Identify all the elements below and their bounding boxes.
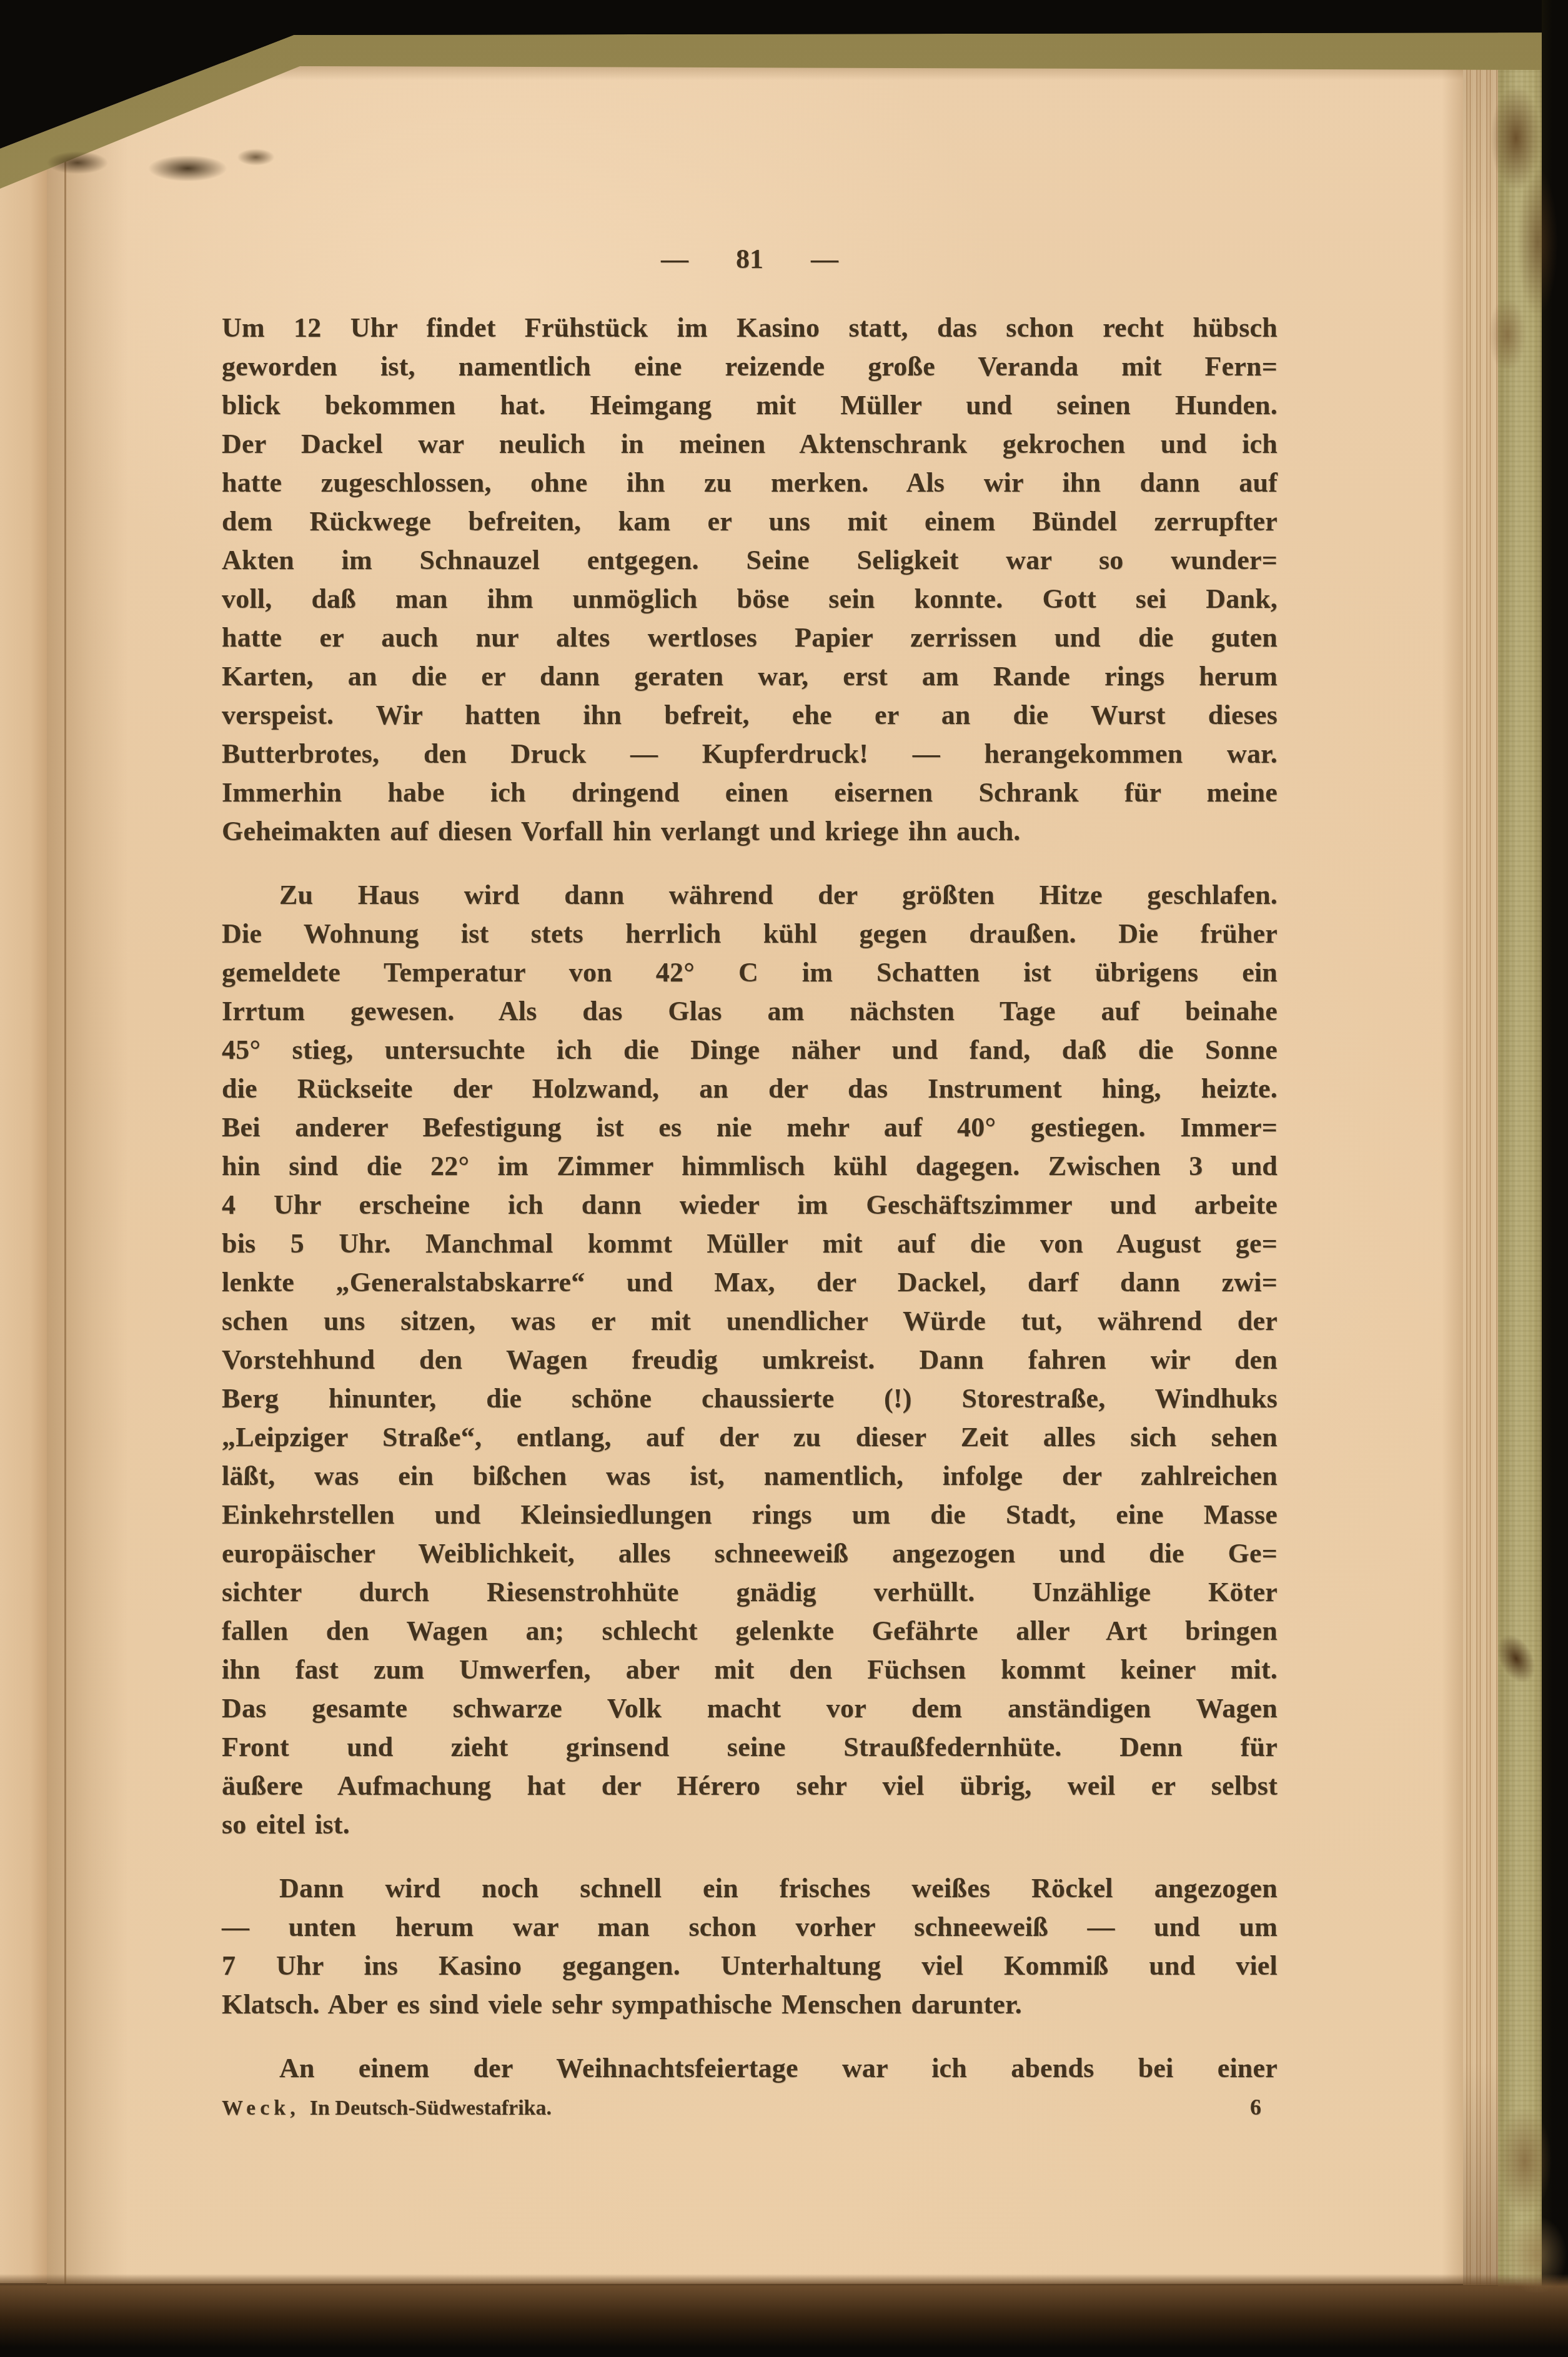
header-dash-left: — xyxy=(661,240,688,279)
text-line: läßt, was ein bißchen was ist, namentlic… xyxy=(222,1457,1278,1496)
text-line: Vorstehhund den Wagen freudig umkreist. … xyxy=(222,1341,1278,1379)
text-line: schen uns sitzen, was er mit unendlicher… xyxy=(222,1302,1278,1341)
text-line: dem Rückwege befreiten, kam er uns mit e… xyxy=(222,502,1278,541)
gutter-line xyxy=(64,62,66,2284)
footer-work-title: In Deutsch-Südwestafrika. xyxy=(310,2096,552,2120)
text-line: Bei anderer Befestigung ist es nie mehr … xyxy=(222,1108,1278,1147)
text-line: Das gesamte schwarze Volk macht vor dem … xyxy=(222,1689,1278,1728)
text-line: fallen den Wagen an; schlecht gelenkte G… xyxy=(222,1612,1278,1650)
facing-page-sliver xyxy=(0,94,50,2283)
text-line: hatte er auch nur altes wertloses Papier… xyxy=(222,618,1278,657)
text-line: blick bekommen hat. Heimgang mit Müller … xyxy=(222,386,1278,425)
text-line: Immerhin habe ich dringend einen eiserne… xyxy=(222,773,1278,812)
text-line: Um 12 Uhr findet Frühstück im Kasino sta… xyxy=(222,309,1278,347)
text-line: hin sind die 22° im Zimmer himmlisch küh… xyxy=(222,1147,1278,1186)
page-footer: Weck, In Deutsch-Südwestafrika. 6 xyxy=(222,2094,1278,2120)
paragraph: Zu Haus wird dann während der größten Hi… xyxy=(222,876,1278,1844)
paragraph: Um 12 Uhr findet Frühstück im Kasino sta… xyxy=(222,309,1278,851)
text-line: äußere Aufmachung hat der Hérero sehr vi… xyxy=(222,1767,1278,1805)
text-line: die Rückseite der Holzwand, an der das I… xyxy=(222,1069,1278,1108)
text-line: hatte zugeschlossen, ohne ihn zu merken.… xyxy=(222,464,1278,502)
text-line: sichter durch Riesenstrohhüte gnädig ver… xyxy=(222,1573,1278,1612)
cover-wear-mark-bottom xyxy=(1489,2105,1568,2293)
gutter-shadow xyxy=(47,62,128,2284)
paragraph: Dann wird noch schnell ein frisches weiß… xyxy=(222,1869,1278,2024)
page-stack-edge xyxy=(1463,60,1499,2285)
footer-author: Weck, xyxy=(222,2096,300,2120)
footer-signature-number: 6 xyxy=(1250,2094,1261,2120)
text-line: ihn fast zum Umwerfen, aber mit den Füch… xyxy=(222,1650,1278,1689)
text-line: „Leipziger Straße“, entlang, auf der zu … xyxy=(222,1418,1278,1457)
book-page: — 81 — Um 12 Uhr findet Frühstück im Kas… xyxy=(47,62,1463,2284)
text-line: voll, daß man ihm unmöglich böse sein ko… xyxy=(222,580,1278,618)
text-line: Einkehrstellen und Kleinsiedlungen rings… xyxy=(222,1496,1278,1534)
header-dash-right: — xyxy=(811,240,838,279)
text-line: Der Dackel war neulich in meinen Aktensc… xyxy=(222,425,1278,464)
cover-wear-mark-top xyxy=(1486,87,1558,369)
text-line: 4 Uhr erscheine ich dann wieder im Gesch… xyxy=(222,1186,1278,1224)
text-line: Irrtum gewesen. Als das Glas am nächsten… xyxy=(222,992,1278,1031)
text-line: Dann wird noch schnell ein frisches weiß… xyxy=(222,1869,1278,1908)
text-line: Butterbrotes, den Druck — Kupferdruck! —… xyxy=(222,735,1278,773)
text-line: — unten herum war man schon vorher schne… xyxy=(222,1908,1278,1947)
text-line: Front und zieht grinsend seine Straußfed… xyxy=(222,1728,1278,1767)
text-line: 45° stieg, untersuchte ich die Dinge näh… xyxy=(222,1031,1278,1069)
text-line: Akten im Schnauzel entgegen. Seine Selig… xyxy=(222,541,1278,580)
background-bottom-shadow xyxy=(0,2274,1568,2357)
text-line: Zu Haus wird dann während der größten Hi… xyxy=(222,876,1278,915)
text-line: so eitel ist. xyxy=(222,1805,1278,1844)
text-line: Berg hinunter, die schöne chaussierte (!… xyxy=(222,1379,1278,1418)
text-line: Die Wohnung ist stets herrlich kühl gege… xyxy=(222,915,1278,953)
text-line: bis 5 Uhr. Manchmal kommt Müller mit auf… xyxy=(222,1224,1278,1263)
text-line: europäischer Weiblichkeit, alles schneew… xyxy=(222,1534,1278,1573)
page-number: 81 xyxy=(736,240,763,279)
paragraphs-container: Um 12 Uhr findet Frühstück im Kasino sta… xyxy=(222,309,1278,2088)
text-line: lenkte „Generalstabskarre“ und Max, der … xyxy=(222,1263,1278,1302)
text-line: geworden ist, namentlich eine reizende g… xyxy=(222,347,1278,386)
text-block: — 81 — Um 12 Uhr findet Frühstück im Kas… xyxy=(222,240,1278,2088)
text-line: An einem der Weihnachtsfeiertage war ich… xyxy=(222,2049,1278,2088)
text-line: gemeldete Temperatur von 42° C im Schatt… xyxy=(222,953,1278,992)
binding-debris xyxy=(25,137,287,194)
text-line: Klatsch. Aber es sind viele sehr sympath… xyxy=(222,1985,1278,2024)
text-line: Geheimakten auf diesen Vorfall hin verla… xyxy=(222,812,1278,851)
text-line: 7 Uhr ins Kasino gegangen. Unterhaltung … xyxy=(222,1947,1278,1985)
book-cover-right-edge xyxy=(1498,32,1543,2291)
page-header: — 81 — xyxy=(222,240,1278,279)
scan-background: { "colors": { "background": "#0d0b08", "… xyxy=(0,0,1568,2357)
text-line: verspeist. Wir hatten ihn befreit, ehe e… xyxy=(222,696,1278,735)
text-line: Karten, an die er dann geraten war, erst… xyxy=(222,657,1278,696)
paragraph: An einem der Weihnachtsfeiertage war ich… xyxy=(222,2049,1278,2088)
